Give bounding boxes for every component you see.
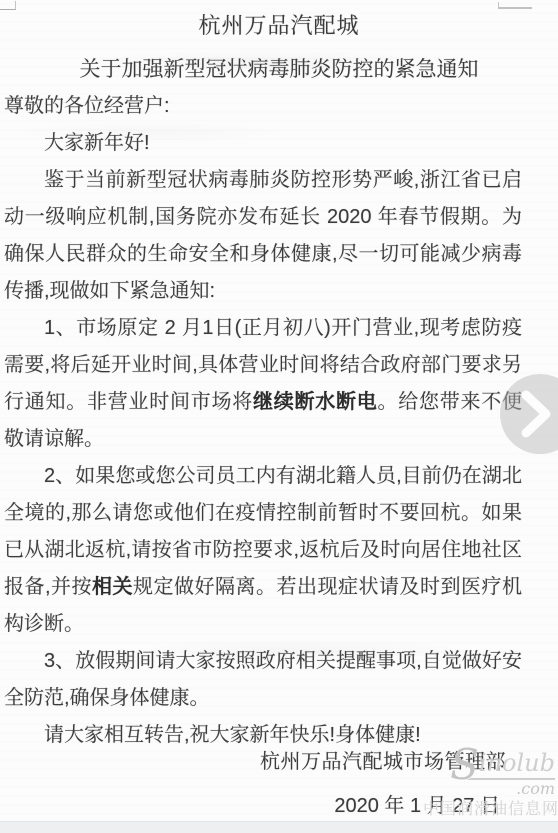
item-2-emphasis: 相关	[92, 576, 133, 598]
notice-body: 尊敬的各位经营户: 大家新年好! 鉴于当前新型冠状病毒肺炎防控形势严峻,浙江省已…	[4, 88, 522, 754]
chevron-right-icon	[500, 374, 558, 454]
greeting-line: 大家新年好!	[4, 125, 522, 162]
notice-item-3: 3、放假期间请大家按照政府相关提醒事项,自觉做好安全防范,确保身体健康。	[4, 643, 522, 717]
carousel-next-button[interactable]	[500, 374, 558, 454]
signature-department: 杭州万品汽配城市场管理部	[260, 745, 506, 774]
scan-corner-mark-left	[0, 1, 16, 10]
page-background-strip	[0, 821, 558, 833]
notice-org-title: 杭州万品汽配城	[0, 0, 558, 41]
intro-paragraph: 鉴于当前新型冠状病毒肺炎防控形势严峻,浙江省已启动一级响应机制,国务院亦发布延长…	[4, 162, 522, 310]
salutation-line: 尊敬的各位经营户:	[4, 88, 522, 125]
signature-date: 2020 年 1 月 27 日	[334, 789, 500, 818]
notice-item-2: 2、如果您或您公司员工内有湖北籍人员,目前仍在湖北全境的,那么请您或他们在疫情控…	[4, 458, 522, 643]
scan-corner-mark-right	[498, 2, 532, 9]
notice-subject-title: 关于加强新型冠状病毒肺炎防控的紧急通知	[0, 55, 558, 85]
notice-item-1: 1、市场原定 2 月1日(正月初八)开门营业,现考虑防疫需要,将后延开业时间,具…	[4, 310, 522, 458]
item-1-emphasis: 继续断水断电	[253, 391, 378, 413]
